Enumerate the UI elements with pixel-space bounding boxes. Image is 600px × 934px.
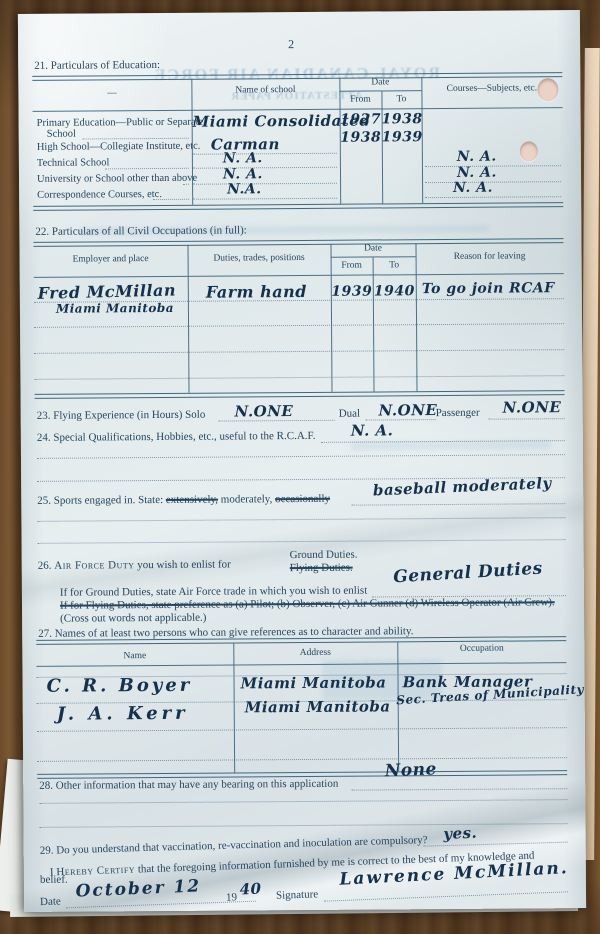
vaccination-answer: yes.: [443, 824, 478, 843]
section-22-title: 22. Particulars of all Civil Occupations…: [35, 224, 246, 239]
section-28-title: 28. Other information that may have any …: [39, 778, 338, 794]
occupations-table: Employer and place Duties, trades, posit…: [33, 238, 564, 398]
col-header-duties: Duties, trades, positions: [188, 253, 331, 266]
flying-passenger-value: N.ONE: [503, 398, 562, 416]
flying-preference-line: If for Flying Duties, state preference a…: [60, 596, 555, 613]
col-header-from: From: [331, 261, 373, 273]
occ-reason-entry: To go join RCAF: [422, 280, 555, 297]
air-force-duty-label: Air Force Duty: [54, 559, 134, 572]
flying-passenger-label: Passenger: [436, 407, 480, 421]
sports-label: 25. Sports engaged in. State:: [37, 494, 163, 507]
col-header-to: To: [381, 94, 421, 106]
col-header-address: Address: [233, 647, 397, 660]
col-header-name: Name: [36, 650, 233, 663]
flying-dual-value: N.ONE: [379, 401, 438, 419]
occ-date-from: 1939: [331, 284, 373, 300]
sports-option-occasionally: occasionally: [275, 493, 330, 505]
flying-dual-label: Dual: [339, 408, 360, 422]
form-page: ROYAL CANADIAN AIR FORCE ATTESTATION PAP…: [18, 10, 586, 912]
flying-solo-value: N.ONE: [235, 402, 294, 420]
col-header-employer: Employer and place: [34, 254, 188, 267]
edu-school-entry: N. A.: [223, 150, 263, 166]
col-header-reason: Reason for leaving: [416, 251, 564, 264]
edu-courses-entry: N. A.: [457, 165, 497, 181]
col-header-date: Date: [330, 243, 415, 255]
edu-courses-entry: N. A.: [453, 180, 493, 196]
reference-address: Miami Manitoba: [245, 697, 391, 716]
occ-date-to: 1940: [373, 283, 416, 299]
edu-row-label2: School: [47, 128, 76, 141]
edu-row-label: Technical School: [37, 156, 110, 170]
edu-row-label: University or School other than above: [37, 172, 197, 186]
edu-row-label: Correspondence Courses, etc.: [37, 188, 162, 202]
ground-trade-value: General Duties: [393, 559, 544, 588]
references-table: Name Address Occupation C. R. Boyer Miam…: [36, 636, 567, 778]
section-23-title: 23. Flying Experience (in Hours) Solo: [37, 409, 206, 424]
reference-address: Miami Manitoba: [240, 673, 386, 692]
education-table: — Name of school Date From To Courses—Su…: [32, 72, 563, 210]
col-header-dash: —: [32, 88, 191, 101]
col-header-to: To: [373, 260, 416, 272]
col-header-courses: Courses—Subjects, etc.: [421, 83, 562, 96]
sports-option-moderately: moderately,: [221, 493, 273, 505]
qualifications-value: N. A.: [351, 421, 394, 439]
certify-belief: belief.: [40, 874, 68, 888]
section-24-title: 24. Special Qualifications, Hobbies, etc…: [37, 430, 316, 446]
edu-date-to: 1939: [382, 129, 422, 145]
col-header-from: From: [339, 94, 381, 106]
date-value: October 12: [75, 876, 201, 901]
reference-name: C. R. Boyer: [46, 675, 192, 697]
section-26-title: 26. Air Force Duty you wish to enlist fo…: [38, 558, 231, 573]
year-printed: 19: [226, 891, 237, 905]
edu-school-entry: N. A.: [223, 166, 263, 182]
edu-date-from: 1927: [340, 111, 382, 127]
crossout-note: (Cross out words not applicable.): [60, 612, 206, 627]
scanned-photo: ROYAL CANADIAN AIR FORCE ATTESTATION PAP…: [0, 0, 600, 934]
edu-row-label: High School—Collegiate Institute, etc.: [37, 140, 201, 154]
col-header-date: Date: [339, 77, 421, 89]
certify-smallcaps: Hereby Certify: [56, 864, 135, 879]
sports-option-extensively: extensively,: [166, 494, 218, 506]
occ-employer-place: Miami Manitoba: [56, 301, 174, 316]
year-value: 40: [239, 880, 262, 899]
section-26-number: 26.: [38, 560, 52, 572]
other-info-value: None: [384, 759, 437, 781]
section-25-title: 25. Sports engaged in. State: extensivel…: [37, 493, 330, 509]
section-21-title: 21. Particulars of Education:: [34, 59, 160, 74]
page-number: 2: [288, 37, 294, 52]
date-label: Date: [40, 895, 61, 909]
col-header-occupation: Occupation: [397, 643, 566, 656]
col-header-name-of-school: Name of school: [191, 85, 339, 98]
flying-duties-option: Flying Duties.: [290, 562, 353, 576]
reference-name: J. A. Kerr: [57, 703, 189, 725]
edu-date-from: 1938: [340, 129, 382, 145]
signature-label: Signature: [276, 888, 319, 903]
edu-date-to: 1938: [382, 111, 422, 127]
edu-courses-entry: N. A.: [457, 149, 497, 165]
edu-school-entry: N.A.: [227, 181, 262, 197]
section-26-rest: you wish to enlist for: [137, 558, 231, 571]
